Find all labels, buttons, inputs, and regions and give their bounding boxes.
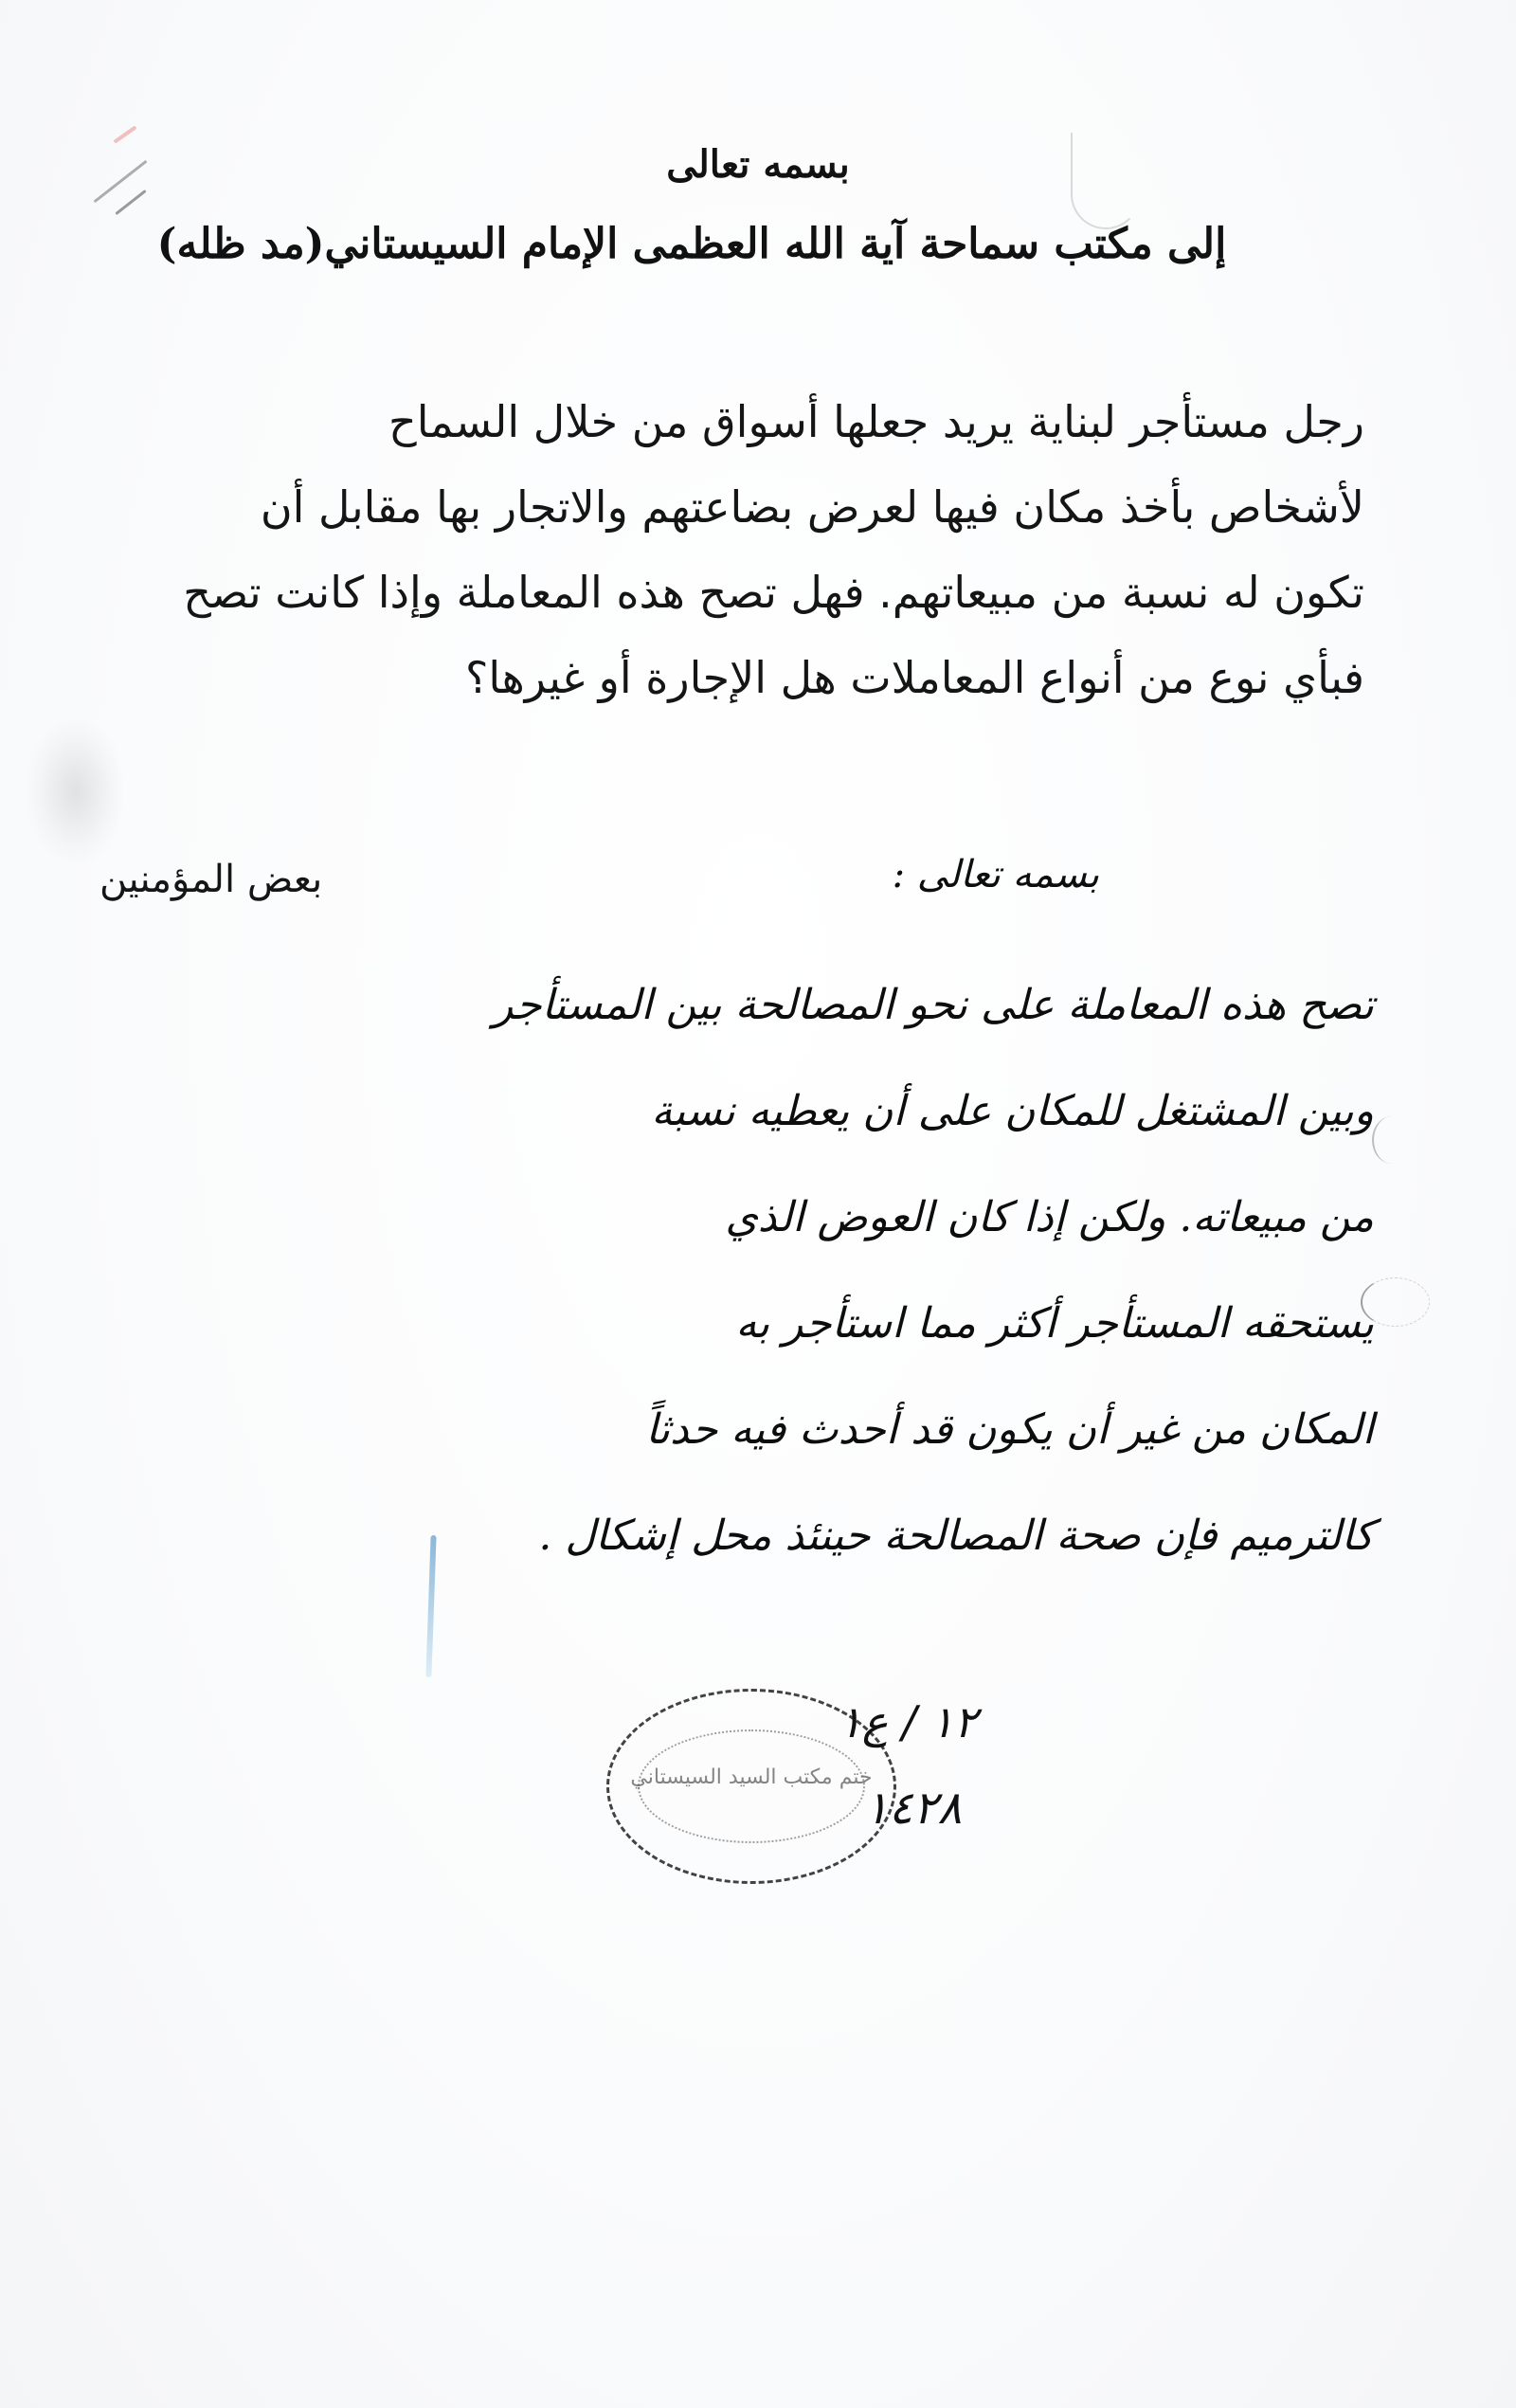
question-line: لأشخاص بأخذ مكان فيها لعرض بضاعتهم والات…	[95, 464, 1364, 550]
document-page: بسمه تعالى إلى مكتب سماحة آية الله العظم…	[0, 0, 1516, 2408]
answer-opening: بسمه تعالى :	[893, 853, 1099, 896]
question-line: رجل مستأجر لبناية يريد جعلها أسواق من خل…	[95, 379, 1364, 464]
answer-line: من مبيعاته. ولكن إذا كان العوض الذي	[436, 1165, 1374, 1271]
answer-line: تصح هذه المعاملة على نحو المصالحة بين ال…	[436, 952, 1374, 1059]
scan-speckle	[28, 720, 123, 862]
answer-text: تصح هذه المعاملة على نحو المصالحة بين ال…	[436, 952, 1374, 1589]
answer-line: المكان من غير أن يكون قد أحدث فيه حدثاً	[436, 1377, 1374, 1483]
question-line: تكون له نسبة من مبيعاتهم. فهل تصح هذه ال…	[95, 550, 1364, 635]
answer-line: كالترميم فإن صحة المصالحة حينئذ محل إشكا…	[436, 1483, 1374, 1589]
answer-line: وبين المشتغل للمكان على أن يعطيه نسبة	[436, 1059, 1374, 1165]
questioner-signature: بعض المؤمنين	[99, 858, 322, 901]
question-line: فبأي نوع من أنواع المعاملات هل الإجارة أ…	[95, 635, 1364, 720]
scan-arc-mark	[1372, 1116, 1412, 1164]
blue-pen-stroke	[425, 1535, 436, 1677]
stamp-text: ختم مكتب السيد السيستاني	[609, 1765, 893, 1789]
bismillah-heading: بسمه تعالى	[0, 142, 1516, 187]
scan-mark-red	[113, 125, 136, 143]
date-year: ١٤٢٨	[864, 1782, 962, 1835]
addressee-heading: إلى مكتب سماحة آية الله العظمى الإمام ال…	[0, 220, 1516, 268]
date-day-month: ١٢ / ع١	[839, 1696, 977, 1747]
answer-line: يستحقه المستأجر أكثر مما استأجر به	[436, 1271, 1374, 1377]
scan-mark-gray	[115, 190, 146, 215]
question-text: رجل مستأجر لبناية يريد جعلها أسواق من خل…	[95, 379, 1364, 720]
